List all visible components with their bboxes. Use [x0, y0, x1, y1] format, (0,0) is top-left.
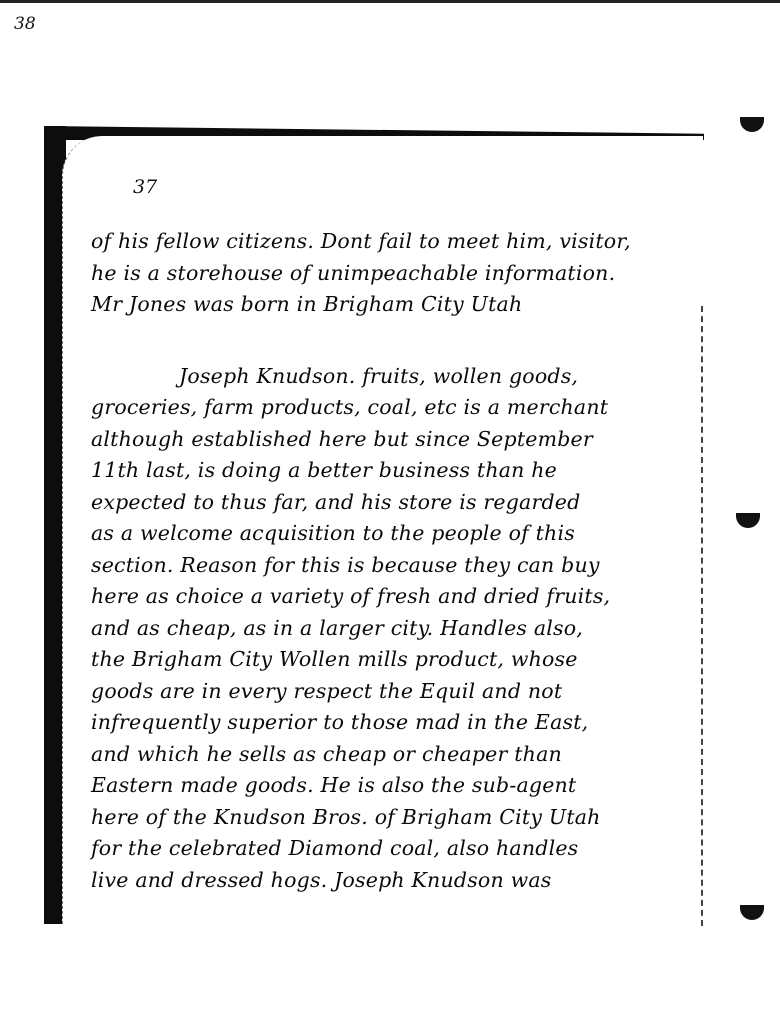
punch-hole-top	[740, 112, 764, 132]
text-line: Mr Jones was born in Brigham City Utah	[91, 289, 701, 321]
text-line: and as cheap, as in a larger city. Handl…	[91, 613, 701, 645]
inner-page-number: 37	[133, 176, 157, 198]
text-line: for the celebrated Diamond coal, also ha…	[91, 833, 701, 865]
text-line: 11th last, is doing a better business th…	[91, 455, 701, 487]
text-line: here of the Knudson Bros. of Brigham Cit…	[91, 802, 701, 834]
text-line: here as choice a variety of fresh and dr…	[91, 581, 701, 613]
paragraph-gap	[91, 321, 701, 361]
sheet-right-edge	[701, 306, 703, 926]
text-line: expected to thus far, and his store is r…	[91, 487, 701, 519]
text-line: infrequently superior to those mad in th…	[91, 707, 701, 739]
handwritten-text: of his fellow citizens. Dont fail to mee…	[91, 226, 701, 896]
punch-hole-bottom	[740, 900, 764, 920]
text-line: he is a storehouse of unimpeachable info…	[91, 258, 701, 290]
text-line: live and dressed hogs. Joseph Knudson wa…	[91, 865, 701, 897]
outer-page-number: 38	[14, 14, 36, 34]
text-line: as a welcome acquisition to the people o…	[91, 518, 701, 550]
sheet-paper: 37 of his fellow citizens. Dont fail to …	[62, 136, 703, 924]
text-line: Joseph Knudson. fruits, wollen goods,	[91, 361, 701, 393]
text-line: although established here but since Sept…	[91, 424, 701, 456]
handwritten-sheet: 37 of his fellow citizens. Dont fail to …	[44, 126, 704, 924]
text-line: groceries, farm products, coal, etc is a…	[91, 392, 701, 424]
text-line: of his fellow citizens. Dont fail to mee…	[91, 226, 701, 258]
text-line: Eastern made goods. He is also the sub-a…	[91, 770, 701, 802]
scan-top-border	[0, 0, 780, 3]
text-line: section. Reason for this is because they…	[91, 550, 701, 582]
text-line: and which he sells as cheap or cheaper t…	[91, 739, 701, 771]
text-line: goods are in every respect the Equil and…	[91, 676, 701, 708]
punch-hole-middle	[736, 508, 760, 528]
text-line: the Brigham City Wollen mills product, w…	[91, 644, 701, 676]
